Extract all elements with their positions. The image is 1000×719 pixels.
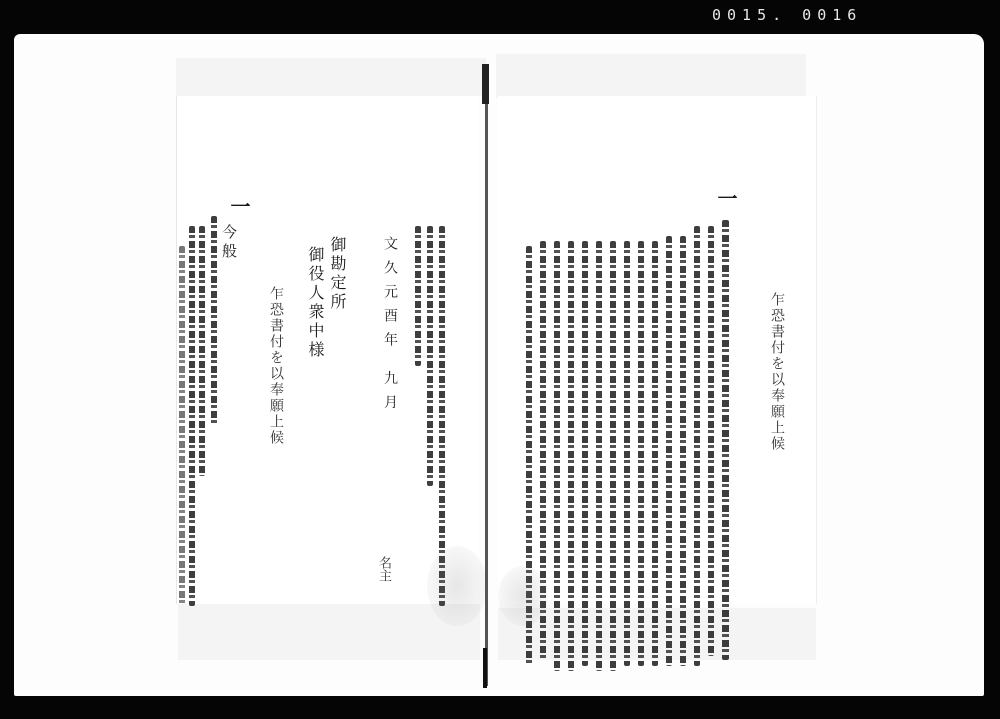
handwritten-column [694, 226, 700, 666]
left-page-top-fold [176, 58, 486, 96]
handwritten-column [722, 220, 729, 660]
signature: 名主 [377, 556, 390, 582]
handwritten-column [568, 241, 574, 671]
item-mark: 一 [229, 196, 249, 216]
handwritten-column [610, 241, 616, 671]
handwritten-column [554, 241, 560, 671]
handwritten-column [199, 226, 205, 476]
stain [498, 566, 548, 626]
recipient-1: 御勘定所 [329, 236, 345, 312]
handwritten-column [652, 241, 658, 666]
book-spine [485, 66, 488, 686]
spine-top-mark [482, 64, 489, 104]
left-page: 一 今般 乍恐書付を以奉願上候 御勘定所 御役人衆中様 文久元酉年 九月 名主 [176, 96, 479, 604]
handwritten-column [415, 226, 421, 366]
handwritten-column [189, 226, 195, 606]
recipient-2: 御役人衆中様 [307, 246, 323, 360]
spine-bottom-mark [483, 648, 487, 688]
right-page: 一 乍恐書付を以奉願上候 [498, 96, 817, 604]
handwritten-column [596, 241, 602, 671]
stain [427, 546, 487, 626]
frame-number: 0015. 0016 [712, 6, 862, 24]
item-mark: 一 [716, 188, 736, 208]
handwritten-column [680, 236, 686, 666]
handwritten-column [666, 236, 672, 666]
right-page-top-fold [496, 54, 806, 98]
handwritten-column [211, 216, 217, 426]
handwritten-column [708, 226, 714, 656]
heading-text: 今般 [221, 224, 236, 262]
date-text: 文久元酉年 九月 [383, 236, 397, 418]
handwritten-column [179, 246, 185, 606]
title-line: 乍恐書付を以奉願上候 [770, 292, 784, 452]
handwritten-column [427, 226, 433, 486]
title-line: 乍恐書付を以奉願上候 [269, 286, 283, 446]
handwritten-column [624, 241, 630, 666]
handwritten-column [638, 241, 644, 666]
handwritten-column [582, 241, 588, 666]
